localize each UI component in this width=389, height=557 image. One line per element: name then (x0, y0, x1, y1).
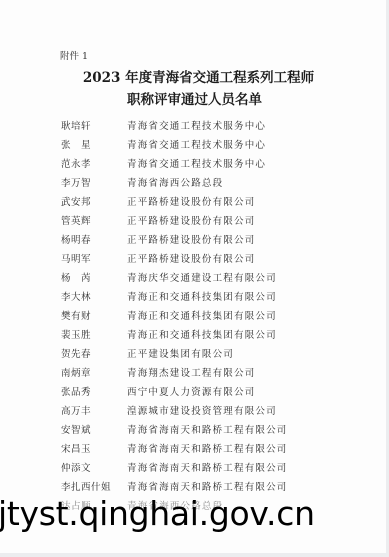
organization: 青海翔杰建设工程有限公司 (127, 364, 255, 383)
organization: 正平路桥建设股份有限公司 (127, 193, 255, 212)
organization: 正平路桥建设股份有限公司 (127, 250, 255, 269)
person-name: 高万丰 (61, 402, 125, 421)
list-item: 南炳章青海翔杰建设工程有限公司 (61, 364, 341, 383)
document-title-line-1: 2023 年度青海省交通工程系列工程师 (0, 66, 386, 86)
organization: 青海省海西公路总段 (127, 174, 223, 193)
person-name: 裴玉胜 (61, 326, 125, 345)
document-title-line-2: 职称评审通过人员名单 (0, 88, 386, 108)
site-watermark: jtyst.qinghai.gov.cn (0, 494, 315, 534)
approved-personnel-list: 耿培轩青海省交通工程技术服务中心 张 星青海省交通工程技术服务中心 范永孝青海省… (61, 117, 341, 516)
list-item: 张 星青海省交通工程技术服务中心 (61, 136, 341, 155)
person-name: 宋昌玉 (61, 440, 125, 459)
list-item: 仲添文青海省海南天和路桥工程有限公司 (61, 459, 341, 478)
person-name: 李万智 (61, 174, 125, 193)
organization: 青海省海南天和路桥工程有限公司 (127, 440, 288, 459)
person-name: 杨 芮 (61, 269, 125, 288)
organization: 正平路桥建设股份有限公司 (127, 231, 255, 250)
person-name: 南炳章 (61, 364, 125, 383)
person-name: 安智斌 (61, 421, 125, 440)
list-item: 李万智青海省海西公路总段 (61, 174, 341, 193)
list-item: 杨明春正平路桥建设股份有限公司 (61, 231, 341, 250)
organization: 青海省交通工程技术服务中心 (127, 117, 266, 136)
organization: 青海正和交通科技集团有限公司 (127, 307, 277, 326)
document-page: 附件 1 2023 年度青海省交通工程系列工程师 职称评审通过人员名单 耿培轩青… (0, 0, 386, 553)
organization: 青海庆华交通建设工程有限公司 (127, 269, 277, 288)
person-name: 耿培轩 (61, 117, 125, 136)
organization: 青海省海南天和路桥工程有限公司 (127, 459, 288, 478)
organization: 正平路桥建设股份有限公司 (127, 212, 255, 231)
person-name: 贺先春 (61, 345, 125, 364)
person-name: 管英辉 (61, 212, 125, 231)
organization: 青海省海南天和路桥工程有限公司 (127, 421, 288, 440)
annex-label: 附件 1 (60, 48, 88, 62)
list-item: 武安邦正平路桥建设股份有限公司 (61, 193, 341, 212)
list-item: 宋昌玉青海省海南天和路桥工程有限公司 (61, 440, 341, 459)
list-item: 樊有财青海正和交通科技集团有限公司 (61, 307, 341, 326)
organization: 青海正和交通科技集团有限公司 (127, 288, 277, 307)
list-item: 耿培轩青海省交通工程技术服务中心 (61, 117, 341, 136)
person-name: 张 星 (61, 136, 125, 155)
person-name: 杨明春 (61, 231, 125, 250)
list-item: 杨 芮青海庆华交通建设工程有限公司 (61, 269, 341, 288)
person-name: 李大林 (61, 288, 125, 307)
person-name: 张品秀 (61, 383, 125, 402)
list-item: 安智斌青海省海南天和路桥工程有限公司 (61, 421, 341, 440)
organization: 青海省交通工程技术服务中心 (127, 155, 266, 174)
person-name: 樊有财 (61, 307, 125, 326)
organization: 青海省交通工程技术服务中心 (127, 136, 266, 155)
person-name: 武安邦 (61, 193, 125, 212)
person-name: 范永孝 (61, 155, 125, 174)
list-item: 高万丰湟源城市建设投资管理有限公司 (61, 402, 341, 421)
list-item: 范永孝青海省交通工程技术服务中心 (61, 155, 341, 174)
list-item: 管英辉正平路桥建设股份有限公司 (61, 212, 341, 231)
list-item: 裴玉胜青海正和交通科技集团有限公司 (61, 326, 341, 345)
person-name: 马明军 (61, 250, 125, 269)
organization: 湟源城市建设投资管理有限公司 (127, 402, 277, 421)
list-item: 马明军正平路桥建设股份有限公司 (61, 250, 341, 269)
list-item: 张品秀西宁中夏人力资源有限公司 (61, 383, 341, 402)
organization: 西宁中夏人力资源有限公司 (127, 383, 255, 402)
organization: 正平建设集团有限公司 (127, 345, 234, 364)
list-item: 李大林青海正和交通科技集团有限公司 (61, 288, 341, 307)
person-name: 仲添文 (61, 459, 125, 478)
organization: 青海正和交通科技集团有限公司 (127, 326, 277, 345)
list-item: 贺先春正平建设集团有限公司 (61, 345, 341, 364)
